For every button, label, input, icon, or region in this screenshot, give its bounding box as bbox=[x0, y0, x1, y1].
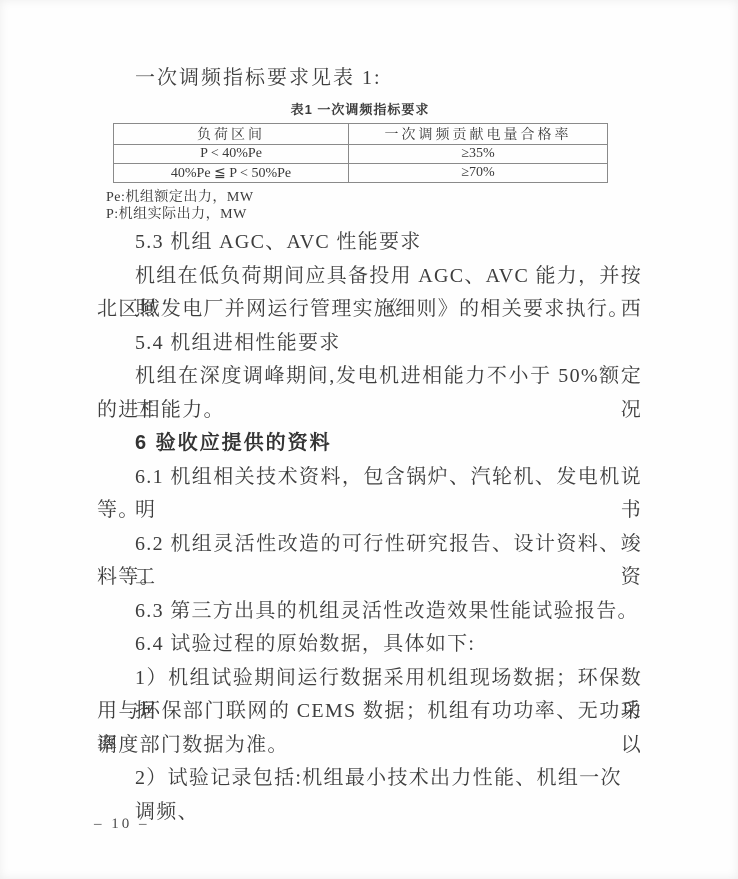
body-line: 6.1 机组相关技术资料，包含锅炉、汽轮机、发电机说明书 bbox=[97, 461, 642, 495]
table-cell-pass-rate: ≥35% bbox=[349, 145, 608, 164]
body-text: 5.3 机组 AGC、AVC 性能要求 机组在低负荷期间应具备投用 AGC、AV… bbox=[97, 226, 642, 796]
table-cell-load-range: P < 40%Pe bbox=[114, 145, 349, 164]
table-caption: 表1 一次调频指标要求 bbox=[113, 99, 607, 118]
document-page: 一次调频指标要求见表 1: 表1 一次调频指标要求 负荷区间 一次调频贡献电量合… bbox=[0, 0, 738, 879]
body-line: 6.4 试验过程的原始数据，具体如下: bbox=[97, 628, 642, 662]
table-cell-load-range: 40%Pe ≦ P < 50%Pe bbox=[114, 164, 349, 183]
section-heading-6: 6 验收应提供的资料 bbox=[97, 427, 642, 461]
body-line: 用与环保部门联网的 CEMS 数据；机组有功功率、无功功率以 bbox=[97, 695, 642, 729]
body-line: 6.2 机组灵活性改造的可行性研究报告、设计资料、竣工资 bbox=[97, 528, 642, 562]
body-line: 6.3 第三方出具的机组灵活性改造效果性能试验报告。 bbox=[97, 595, 642, 629]
table-header-pass-rate: 一次调频贡献电量合格率 bbox=[349, 124, 608, 145]
primary-frequency-table: 负荷区间 一次调频贡献电量合格率 P < 40%Pe ≥35% 40%Pe ≦ … bbox=[113, 123, 608, 183]
table-cell-pass-rate: ≥70% bbox=[349, 164, 608, 183]
body-line: 北区域发电厂并网运行管理实施细则》的相关要求执行。 bbox=[97, 293, 642, 327]
body-line: 机组在深度调峰期间,发电机进相能力不小于 50%额定工况 bbox=[97, 360, 642, 394]
body-line: 机组在低负荷期间应具备投用 AGC、AVC 能力，并按照《西 bbox=[97, 260, 642, 294]
intro-line: 一次调频指标要求见表 1: bbox=[135, 61, 382, 90]
table-row: 40%Pe ≦ P < 50%Pe ≥70% bbox=[114, 164, 608, 183]
section-heading-5-3: 5.3 机组 AGC、AVC 性能要求 bbox=[97, 226, 642, 260]
table-header-load-range: 负荷区间 bbox=[114, 124, 349, 145]
table-note-p: P:机组实际出力，MW bbox=[106, 203, 247, 223]
body-line: 2）试验记录包括:机组最小技术出力性能、机组一次调频、 bbox=[97, 762, 642, 796]
page-number: – 10 – bbox=[94, 816, 150, 833]
table-row: P < 40%Pe ≥35% bbox=[114, 145, 608, 164]
body-line: 1）机组试验期间运行数据采用机组现场数据；环保数据采 bbox=[97, 662, 642, 696]
table-header-row: 负荷区间 一次调频贡献电量合格率 bbox=[114, 124, 608, 145]
section-heading-5-4: 5.4 机组进相性能要求 bbox=[97, 327, 642, 361]
